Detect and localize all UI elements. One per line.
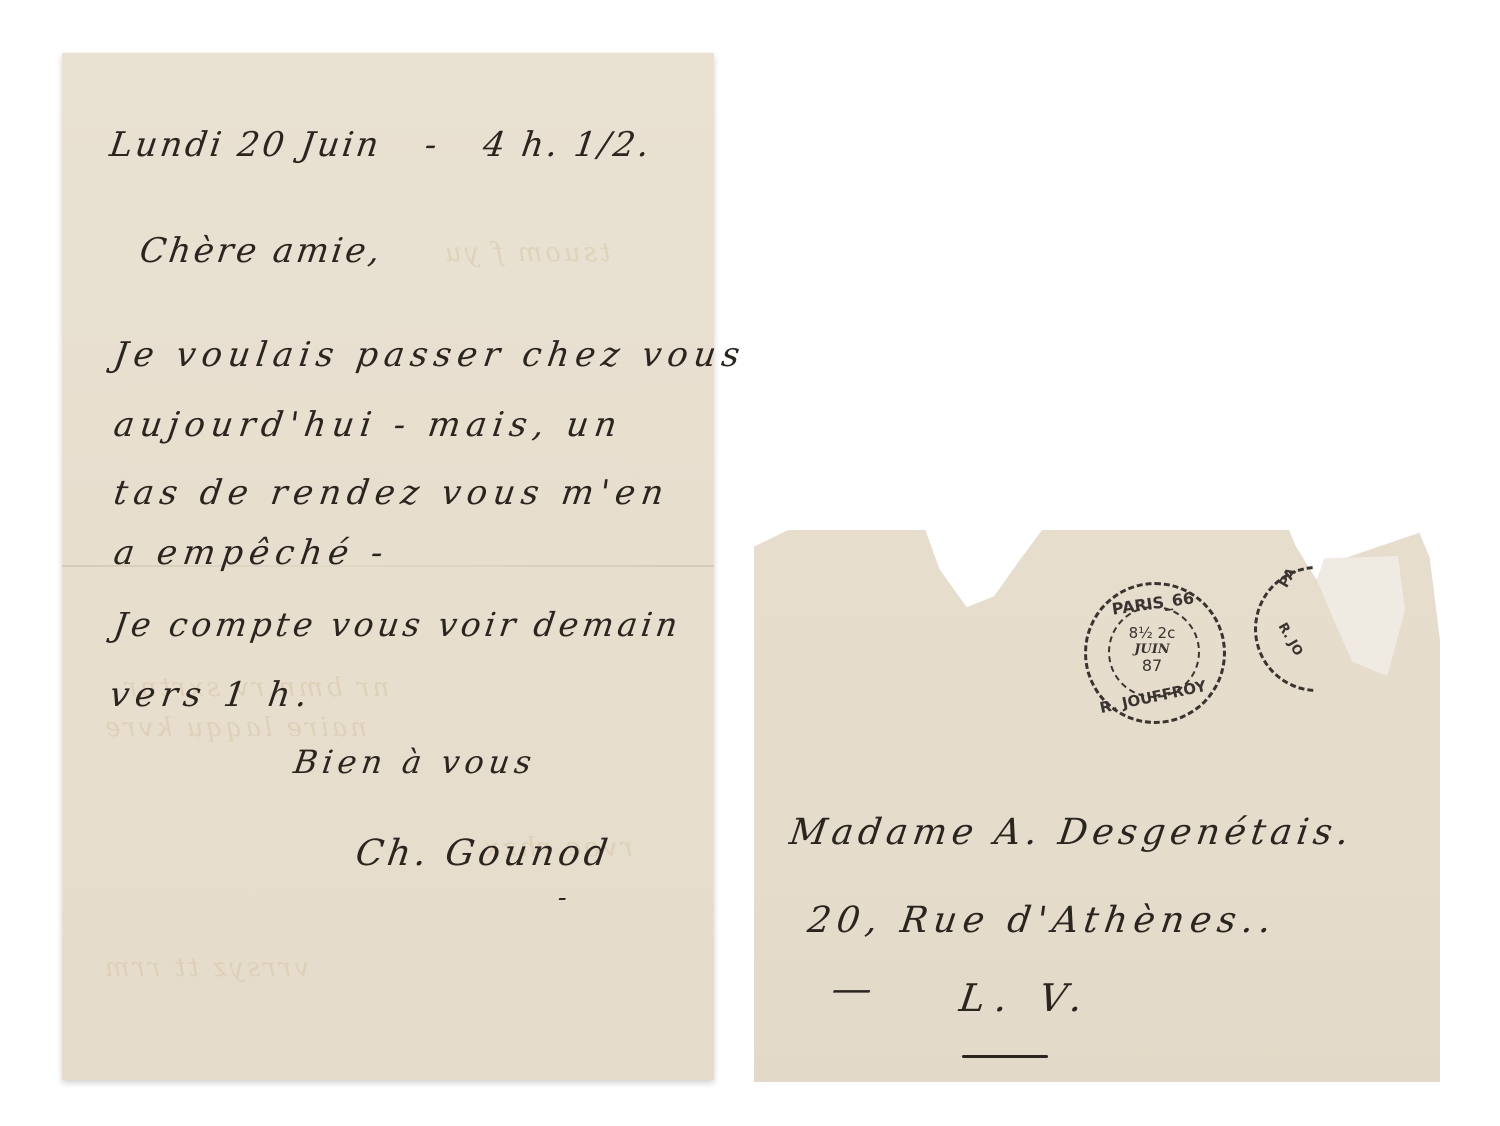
date-dash: -	[422, 125, 442, 165]
address-dash: —	[829, 966, 878, 1012]
time-text: 4 h. 1/2.	[481, 125, 655, 165]
body-line-3: tas de rendez vous m'en	[111, 473, 672, 513]
bleed-through-text: tsuom f yu	[442, 238, 610, 268]
address-underline	[962, 1055, 1048, 1058]
body-line-6: vers 1 h.	[107, 675, 316, 715]
body-line-4: a empêché -	[111, 533, 391, 573]
letter-date: Lundi 20 Juin - 4 h. 1/2.	[107, 125, 654, 165]
salutation: Chère amie,	[137, 231, 385, 271]
bleed-through-text: vrrsyz tt rrm	[102, 953, 309, 983]
bleed-through-text: naire laqqu kvre	[102, 713, 367, 743]
address-line-1: Madame A. Desgenétais.	[787, 812, 1356, 853]
postmark-month: JUIN	[1122, 642, 1182, 657]
body-line-2: aujourd'hui - mais, un	[111, 405, 625, 445]
closing: Bien à vous	[291, 743, 538, 781]
signature: Ch. Gounod	[353, 833, 614, 874]
date-text: Lundi 20 Juin	[107, 125, 384, 165]
address-line-2: 20, Rue d'Athènes..	[805, 900, 1280, 941]
postmark-year: 87	[1122, 656, 1182, 675]
body-line-5: Je compte vous voir demain	[111, 605, 684, 644]
body-line-1: Je voulais passer chez vous	[111, 335, 748, 375]
address-line-3: L. V.	[957, 976, 1095, 1020]
signature-flourish: -	[556, 883, 572, 913]
postmark-time: 8½ 2c	[1122, 624, 1182, 642]
handwritten-letter: tsuom f yu nr bmn rv sxrtnr naire laqqu …	[62, 53, 714, 1080]
